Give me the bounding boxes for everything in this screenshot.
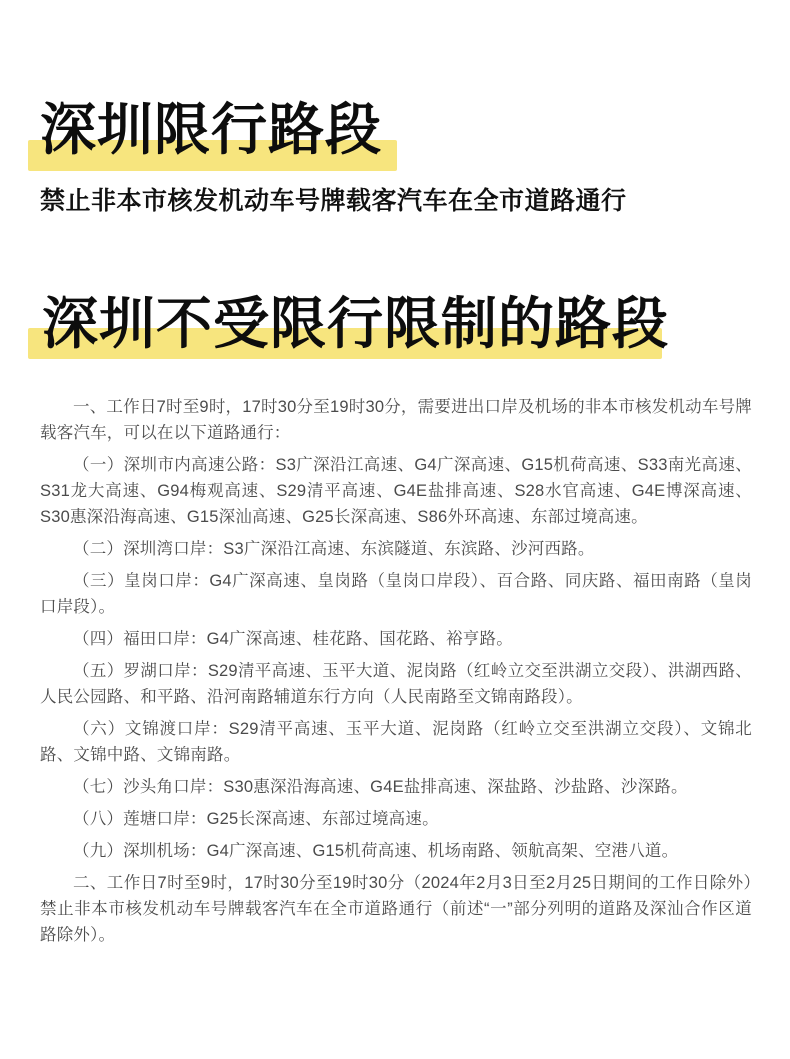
paragraph-item-5-luohu-port: （五）罗湖口岸：S29清平高速、玉平大道、泥岗路（红岭立交至洪湖立交段）、洪湖西… [40, 658, 752, 710]
section-title-exempt-roads: 深圳不受限行限制的路段 [42, 292, 669, 356]
paragraph-item-1-expressways: （一）深圳市内高速公路：S3广深沿江高速、G4广深高速、G15机荷高速、S33南… [40, 452, 752, 530]
infographic-page: 深圳限行路段 禁止非本市核发机动车号牌载客汽车在全市道路通行 深圳不受限行限制的… [0, 0, 790, 1059]
paragraph-item-7-shatoujiao-port: （七）沙头角口岸：S30惠深沿海高速、G4E盐排高速、深盐路、沙盐路、沙深路。 [40, 774, 752, 800]
paragraph-item-6-wenjindu-port: （六）文锦渡口岸：S29清平高速、玉平大道、泥岗路（红岭立交至洪湖立交段）、文锦… [40, 716, 752, 768]
body-text: 一、工作日7时至9时，17时30分至19时30分，需要进出口岸及机场的非本市核发… [40, 394, 752, 954]
page-subtitle: 禁止非本市核发机动车号牌载客汽车在全市道路通行 [40, 181, 627, 217]
paragraph-item-9-shenzhen-airport: （九）深圳机场：G4广深高速、G15机荷高速、机场南路、领航高架、空港八道。 [40, 838, 752, 864]
paragraph-rule-1: 一、工作日7时至9时，17时30分至19时30分，需要进出口岸及机场的非本市核发… [40, 394, 752, 446]
paragraph-item-4-futian-port: （四）福田口岸：G4广深高速、桂花路、国花路、裕亨路。 [40, 626, 752, 652]
paragraph-rule-2: 二、工作日7时至9时，17时30分至19时30分（2024年2月3日至2月25日… [40, 870, 752, 948]
paragraph-item-3-huanggang-port: （三）皇岗口岸：G4广深高速、皇岗路（皇岗口岸段）、百合路、同庆路、福田南路（皇… [40, 568, 752, 620]
paragraph-item-8-liantang-port: （八）莲塘口岸：G25长深高速、东部过境高速。 [40, 806, 752, 832]
page-title-restricted-roads: 深圳限行路段 [40, 98, 382, 162]
paragraph-item-2-shenzhen-bay-port: （二）深圳湾口岸：S3广深沿江高速、东滨隧道、东滨路、沙河西路。 [40, 536, 752, 562]
